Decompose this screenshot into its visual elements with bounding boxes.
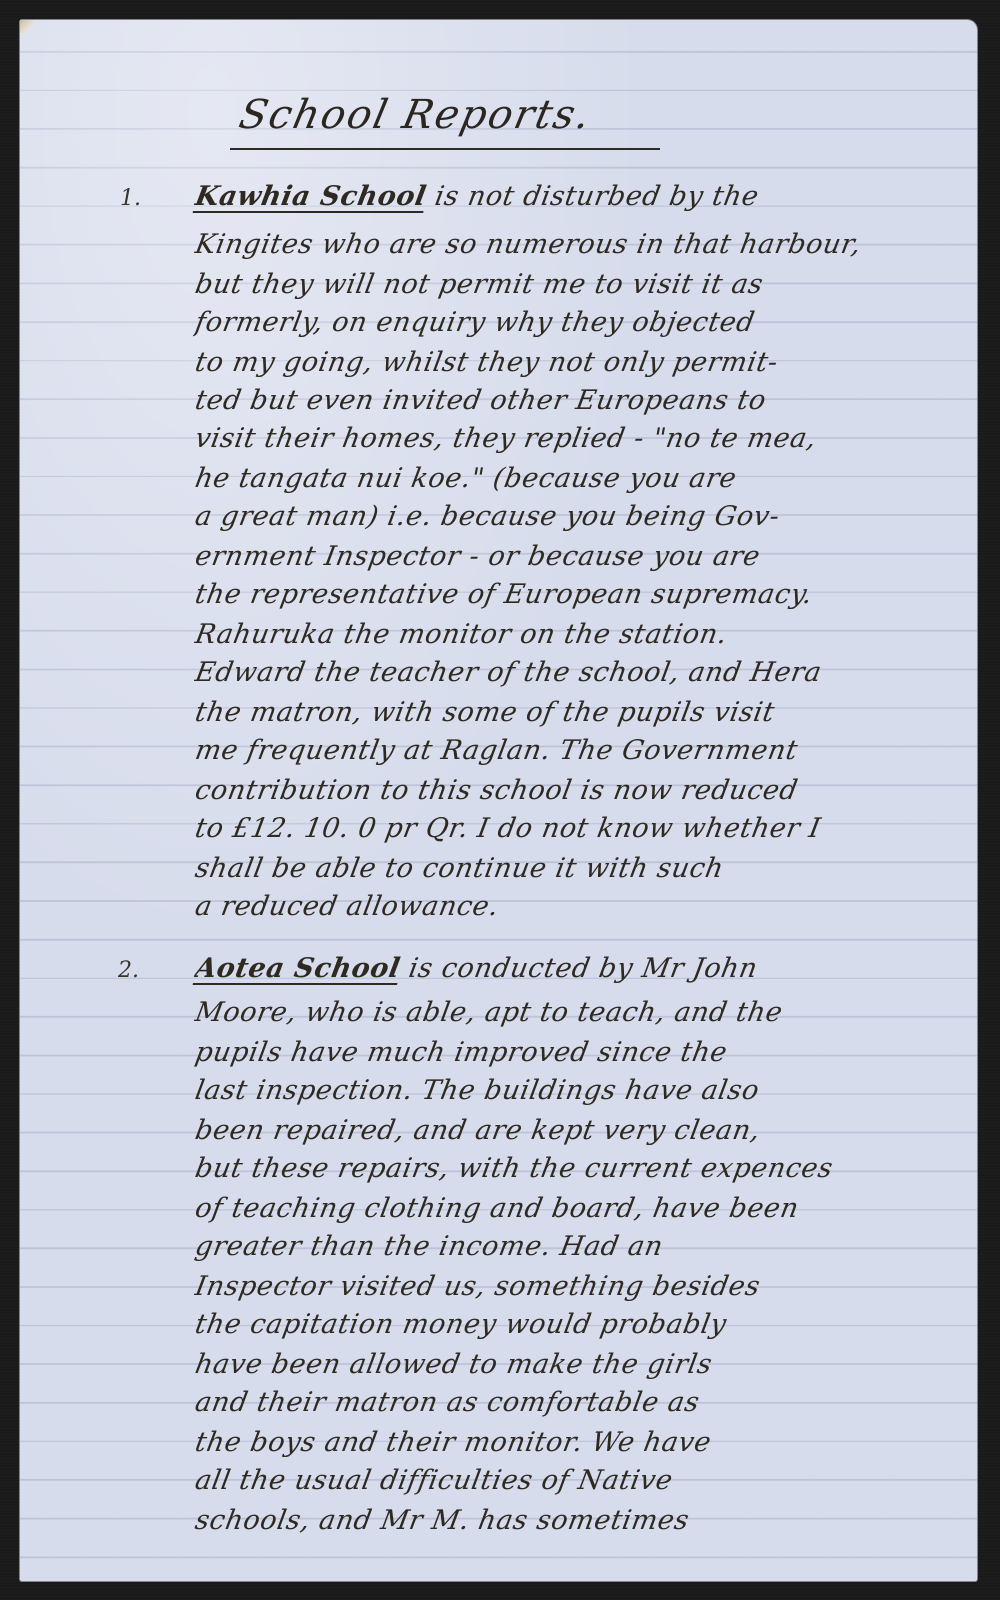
section-1-line-19: a reduced allowance. <box>192 888 989 926</box>
section-1-line-10: ernment Inspector - or because you are <box>192 538 989 576</box>
section-2-line-7: of teaching clothing and board, have bee… <box>192 1190 989 1228</box>
section-1-line-5: to my going, whilst they not only permit… <box>192 344 989 382</box>
section-1-number: 1. <box>120 186 141 211</box>
section-2-line-2: Moore, who is able, apt to teach, and th… <box>192 994 989 1032</box>
section-1-heading: Kawhia School <box>193 181 429 212</box>
section-2-line-13: the boys and their monitor. We have <box>192 1424 989 1462</box>
section-1-line-2: Kingites who are so numerous in that har… <box>192 226 989 264</box>
section-2-line-12: and their matron as comfortable as <box>192 1384 989 1422</box>
title-underline <box>230 148 660 150</box>
section-1-line-8: he tangata nui koe." (because you are <box>192 460 989 498</box>
section-2-line-11: have been allowed to make the girls <box>192 1346 989 1384</box>
section-1-line-6: ted but even invited other Europeans to <box>192 382 989 420</box>
section-1-line-13: Edward the teacher of the school, and He… <box>192 654 989 692</box>
section-2-line-10: the capitation money would probably <box>192 1306 989 1344</box>
section-2-line-15: schools, and Mr M. has sometimes <box>192 1502 989 1540</box>
section-2-line-4: last inspection. The buildings have also <box>192 1072 989 1110</box>
section-2-heading: Aotea School <box>193 953 403 984</box>
section-2-line-3: pupils have much improved since the <box>192 1034 989 1072</box>
section-2-line-6: but these repairs, with the current expe… <box>192 1150 989 1188</box>
torn-corner <box>20 20 34 34</box>
section-1-line-9: a great man) i.e. because you being Gov- <box>192 498 989 536</box>
page-title: School Reports. <box>235 92 596 138</box>
section-1-line-12: Rahuruka the monitor on the station. <box>192 616 989 654</box>
section-2-number: 2. <box>118 958 139 983</box>
manuscript-sheet: School Reports. 1. Kawhia School is not … <box>20 20 1000 1600</box>
section-1-line-14: the matron, with some of the pupils visi… <box>192 694 989 732</box>
section-1-line-16: contribution to this school is now reduc… <box>192 772 989 810</box>
section-1-line-11: the representative of European supremacy… <box>192 576 989 614</box>
section-2-line-9: Inspector visited us, something besides <box>192 1268 989 1306</box>
section-1-line-3: but they will not permit me to visit it … <box>192 266 989 304</box>
section-2-line-1: Aotea School is conducted by Mr John <box>192 950 989 988</box>
section-2-line-14: all the usual difficulties of Native <box>192 1462 989 1500</box>
section-2-line-5: been repaired, and are kept very clean, <box>192 1112 989 1150</box>
section-1-line-1: Kawhia School is not disturbed by the <box>192 178 989 216</box>
section-1-line-4: formerly, on enquiry why they objected <box>192 304 989 342</box>
section-1-line-17: to £12. 10. 0 pr Qr. I do not know wheth… <box>192 810 989 848</box>
section-1-line-18: shall be able to continue it with such <box>192 850 989 888</box>
section-1-line-15: me frequently at Raglan. The Government <box>192 732 989 770</box>
section-2-line-8: greater than the income. Had an <box>192 1228 989 1266</box>
section-1-line-7: visit their homes, they replied - "no te… <box>192 420 989 458</box>
